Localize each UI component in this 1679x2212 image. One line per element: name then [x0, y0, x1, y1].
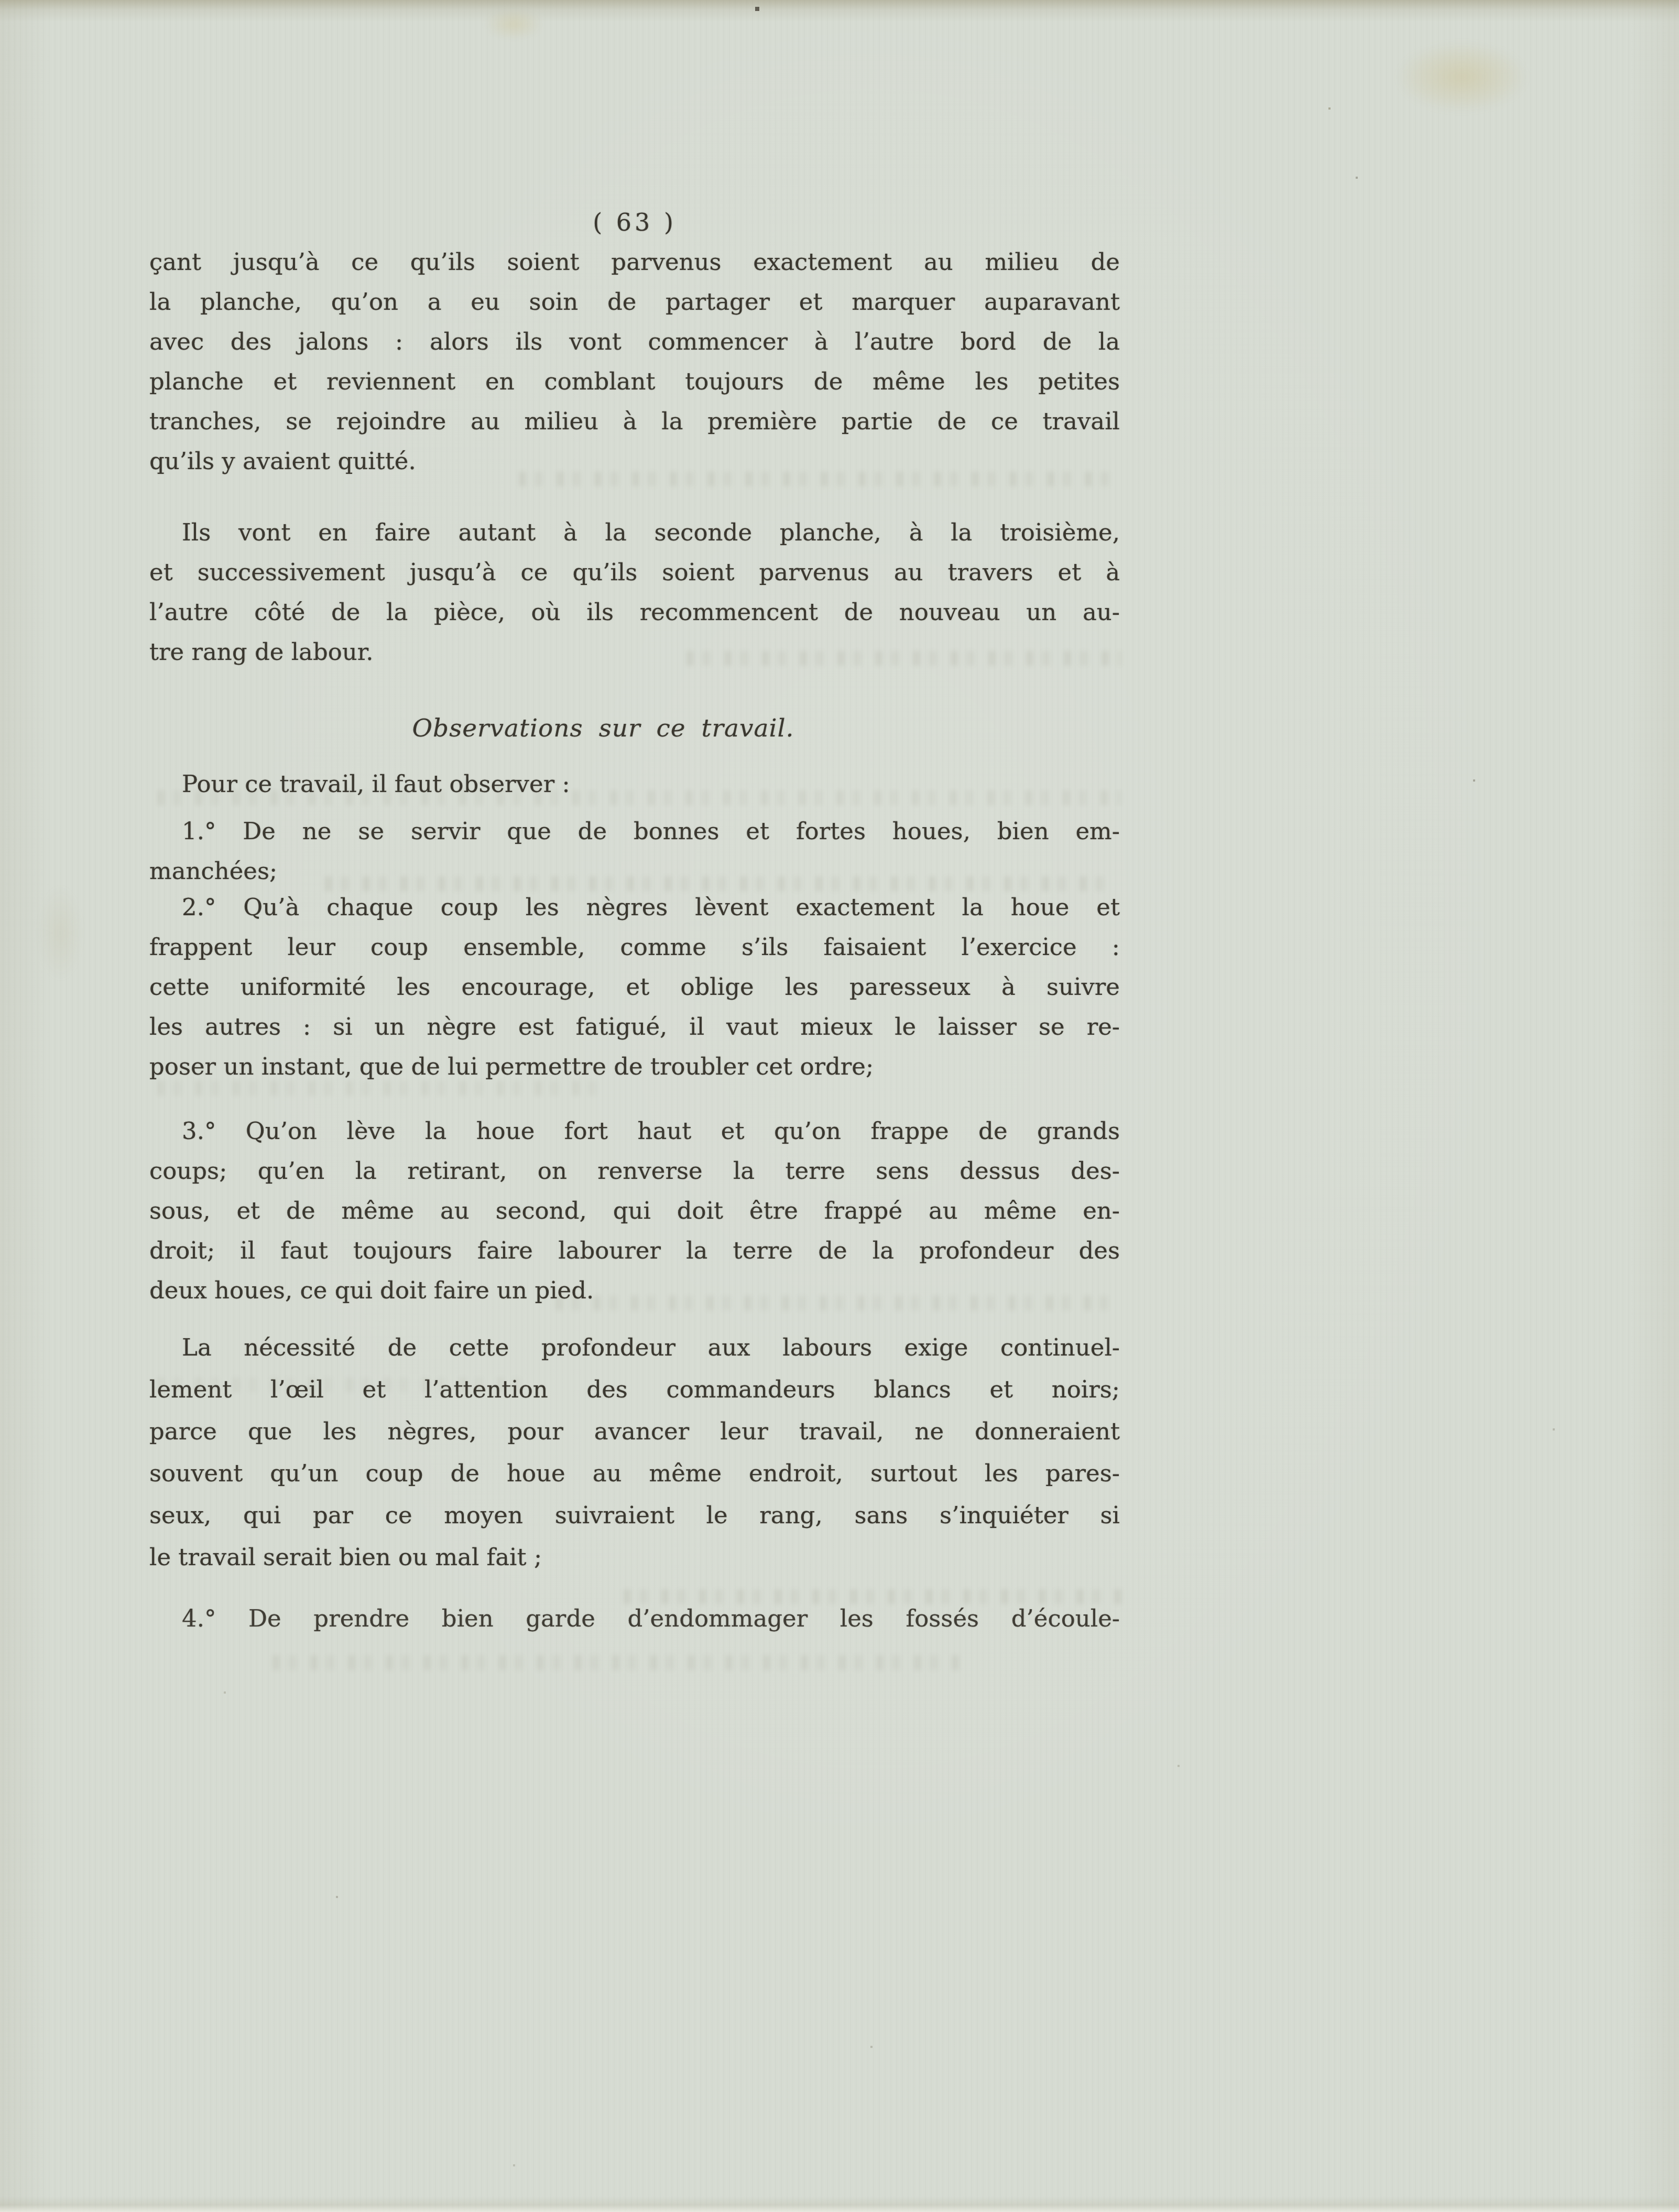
text-line: tre rang de labour.	[149, 632, 1120, 672]
text-line: La nécessité de cette profondeur aux lab…	[149, 1327, 1120, 1369]
text-line: et successivement jusqu’à ce qu’ils soie…	[149, 552, 1120, 592]
section-heading: Observations sur ce travail.	[149, 709, 1120, 749]
ordered-item-1: 1.° De ne se servir que de bonnes et for…	[149, 811, 1120, 891]
text-line: les autres : si un nègre est fatigué, il…	[149, 1007, 1120, 1047]
text-line: sous, et de même au second, qui doit êtr…	[149, 1191, 1120, 1231]
ordered-item-3: 3.° Qu’on lève la houe fort haut et qu’o…	[149, 1111, 1120, 1310]
text-line: poser un instant, que de lui permettre d…	[149, 1047, 1120, 1087]
text-line: l’autre côté de la pièce, où ils recomme…	[149, 592, 1120, 632]
text-line: planche et reviennent en comblant toujou…	[149, 362, 1120, 402]
paper-stain	[31, 870, 89, 996]
scanned-book-page: ( 63 ) çant jusqu’à ce qu’ils soient par…	[0, 0, 1679, 2212]
text-line: parce que les nègres, pour avancer leur …	[149, 1411, 1120, 1452]
text-line: souvent qu’un coup de houe au même endro…	[149, 1452, 1120, 1494]
top-edge-shadow	[0, 0, 1679, 22]
text-line: seux, qui par ce moyen suivraient le ran…	[149, 1494, 1120, 1536]
paragraph: Ils vont en faire autant à la seconde pl…	[149, 513, 1120, 672]
text-line: cette uniformité les encourage, et oblig…	[149, 967, 1120, 1007]
paragraph-necessity: La nécessité de cette profondeur aux lab…	[149, 1327, 1120, 1578]
paper-stain	[474, 3, 553, 45]
text-line: 4.° De prendre bien garde d’endommager l…	[149, 1599, 1120, 1639]
ordered-item-4: 4.° De prendre bien garde d’endommager l…	[149, 1599, 1120, 1639]
ordered-item-2: 2.° Qu’à chaque coup les nègres lèvent e…	[149, 887, 1120, 1087]
text-line: Pour ce travail, il faut observer :	[149, 764, 1120, 804]
text-line: 2.° Qu’à chaque coup les nègres lèvent e…	[149, 887, 1120, 927]
text-line: frappent leur coup ensemble, comme s’ils…	[149, 927, 1120, 967]
intro-line: Pour ce travail, il faut observer :	[149, 764, 1120, 804]
text-line: avec des jalons : alors ils vont commenc…	[149, 322, 1120, 362]
page-number: ( 63 )	[149, 205, 1120, 239]
text-line: 1.° De ne se servir que de bonnes et for…	[149, 811, 1120, 851]
text-line: le travail serait bien ou mal fait ;	[149, 1536, 1120, 1578]
text-line: lement l’œil et l’attention des commande…	[149, 1369, 1120, 1411]
text-line: manchées;	[149, 851, 1120, 891]
text-line: la planche, qu’on a eu soin de partager …	[149, 282, 1120, 322]
text-line: çant jusqu’à ce qu’ils soient parvenus e…	[149, 242, 1120, 282]
text-line: Ils vont en faire autant à la seconde pl…	[149, 513, 1120, 552]
showthrough-smudge	[272, 1655, 964, 1670]
text-line: qu’ils y avaient quitté.	[149, 441, 1120, 481]
text-line: coups; qu’en la retirant, on renverse la…	[149, 1151, 1120, 1191]
text-line: 3.° Qu’on lève la houe fort haut et qu’o…	[149, 1111, 1120, 1151]
paper-stain	[1378, 32, 1546, 122]
text-line: droit; il faut toujours faire labourer l…	[149, 1231, 1120, 1271]
text-line: deux houes, ce qui doit faire un pied.	[149, 1271, 1120, 1310]
paragraph-continuation: çant jusqu’à ce qu’ils soient parvenus e…	[149, 242, 1120, 481]
ink-speck	[0, 0, 1, 1]
text-line: tranches, se rejoindre au milieu à la pr…	[149, 402, 1120, 441]
bottom-edge-shadow	[0, 2196, 1679, 2212]
